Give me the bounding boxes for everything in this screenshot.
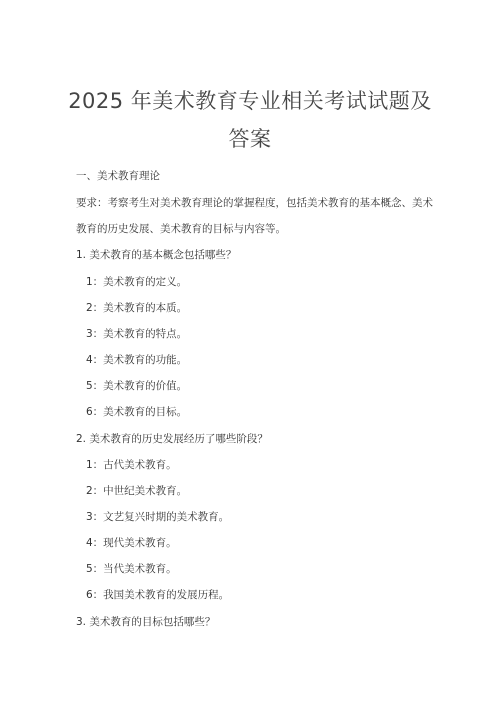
- answer-item: 5：当代美术教育。: [86, 562, 177, 576]
- document-page: 2025 年美术教育专业相关考试试题及 答案 一、美术教育理论 要求：考察考生对…: [0, 0, 500, 707]
- answer-item: 4：美术教育的功能。: [86, 353, 187, 367]
- question-1: 1. 美术教育的基本概念包括哪些？: [76, 248, 236, 262]
- answer-item: 5：美术教育的价值。: [86, 379, 187, 393]
- requirement-text-line-1: 要求：考察考生对美术教育理论的掌握程度，包括美术教育的基本概念、美术: [76, 196, 433, 210]
- answer-item: 6：美术教育的目标。: [86, 405, 187, 419]
- question-3: 3. 美术教育的目标包括哪些？: [76, 615, 215, 629]
- answer-item: 2：中世纪美术教育。: [86, 484, 187, 498]
- answer-item: 1：古代美术教育。: [86, 458, 177, 472]
- document-title-line-2: 答案: [60, 126, 440, 152]
- answer-item: 6：我国美术教育的发展历程。: [86, 588, 229, 602]
- answer-item: 1：美术教育的定义。: [86, 275, 187, 289]
- section-heading: 一、美术教育理论: [76, 169, 160, 183]
- answer-item: 3：文艺复兴时期的美术教育。: [86, 510, 229, 524]
- answer-item: 4：现代美术教育。: [86, 536, 177, 550]
- answer-item: 2：美术教育的本质。: [86, 301, 187, 315]
- answer-item: 3：美术教育的特点。: [86, 327, 187, 341]
- question-2: 2. 美术教育的历史发展经历了哪些阶段？: [76, 432, 268, 446]
- document-title-line-1: 2025 年美术教育专业相关考试试题及: [60, 88, 440, 114]
- requirement-text-line-2: 教育的历史发展、美术教育的目标与内容等。: [76, 222, 286, 236]
